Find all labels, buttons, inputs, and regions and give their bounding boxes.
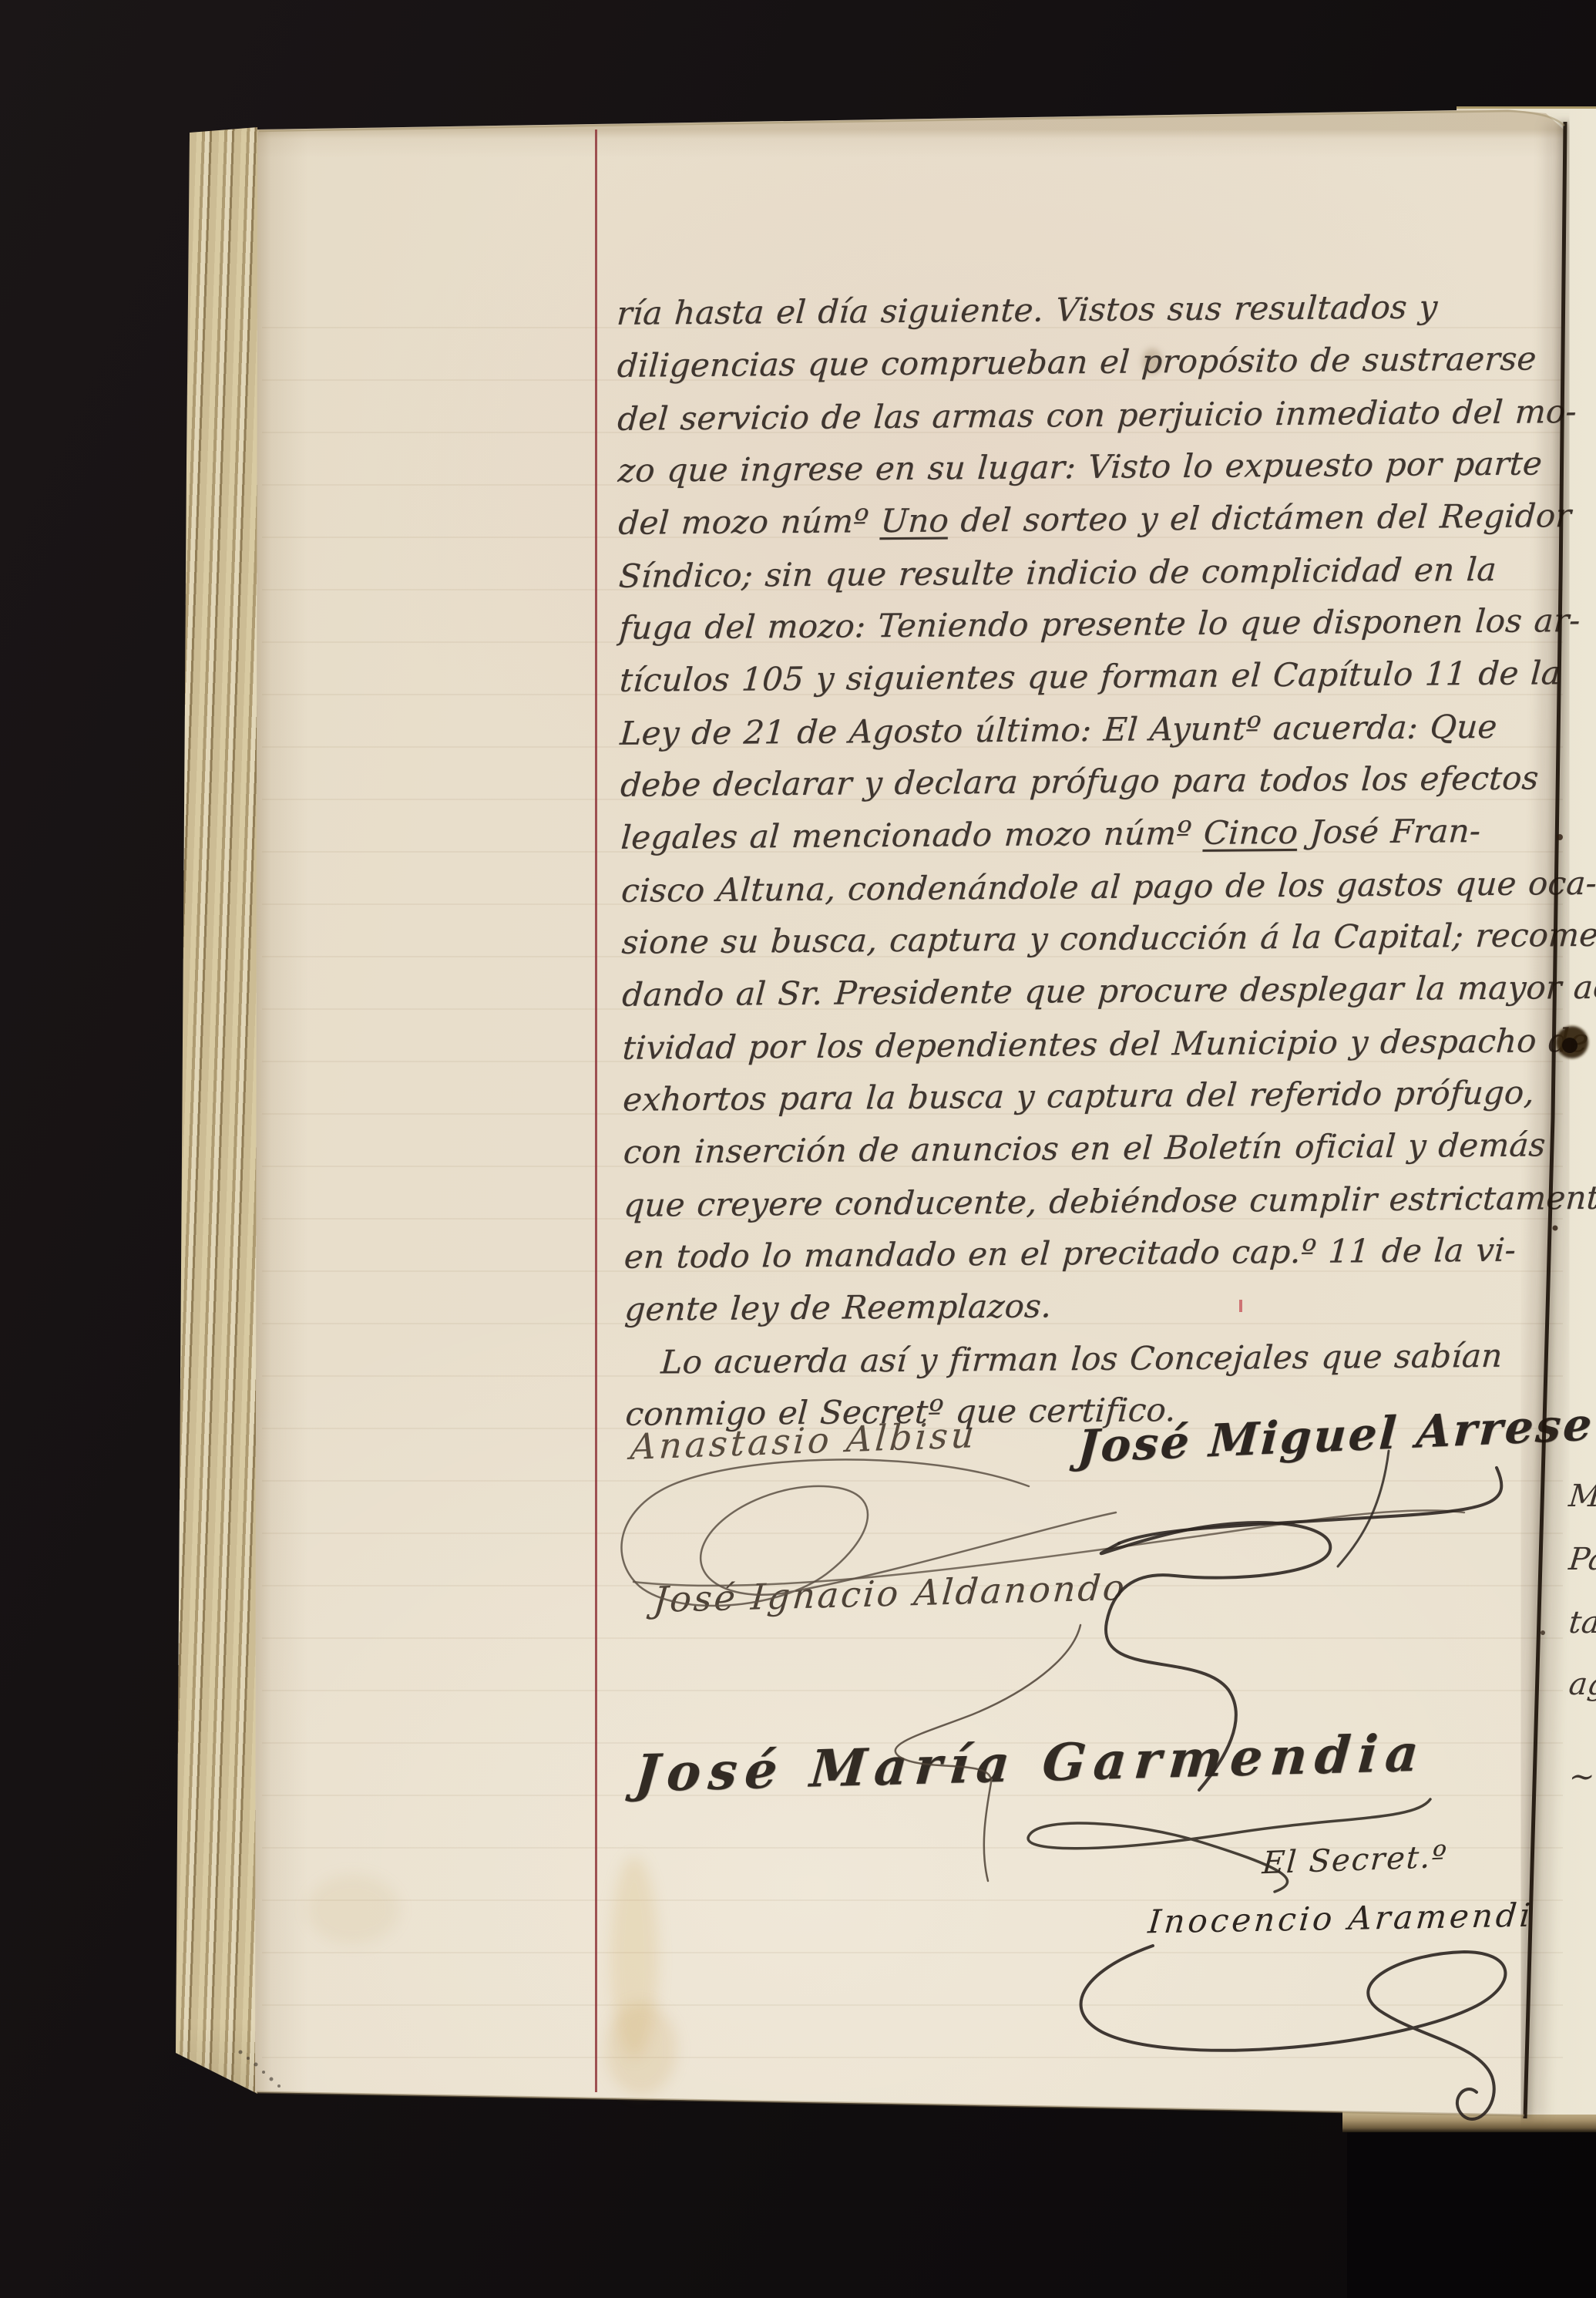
manuscript-line: en todo lo mandado en el precitado cap.º… (623, 1223, 1566, 1284)
manuscript-line: dando al Sr. Presidente que procure desp… (620, 961, 1564, 1021)
text-segment: Síndico; sin que resulte indicio de comp… (618, 550, 1498, 595)
manuscript-line: Lo acuerda así y firman los Concejales q… (623, 1329, 1567, 1389)
manuscript-line: cisco Altuna, condenándole al pago de lo… (620, 857, 1563, 917)
manuscript-line: zo que ingrese en su lugar: Visto lo exp… (617, 437, 1560, 497)
manuscript-line: ría hasta el día siguiente. Vistos sus r… (615, 280, 1558, 340)
manuscript-line: Ley de 21 de Agosto último: El Ayuntº ac… (619, 700, 1562, 760)
text-segment: del mozo númº (617, 502, 882, 542)
signature-inocencio-aramendi: Inocencio Aramendi (1147, 1896, 1535, 1941)
paper-stain (307, 1875, 399, 1944)
text-segment: cisco Altuna, condenándole al pago de lo… (620, 864, 1596, 910)
manuscript-line: tividad por los dependientes del Municip… (621, 1014, 1564, 1075)
manuscript-text: ría hasta el día siguiente. Vistos sus r… (617, 280, 1566, 1441)
text-segment: gente ley de Reemplazos. (623, 1287, 1053, 1327)
manuscript-line: que creyere conducente, debiéndose cumpl… (622, 1172, 1565, 1232)
text-segment: zo que ingrese en su lugar: Visto lo exp… (617, 444, 1544, 489)
manuscript-line: del servicio de las armas con perjuicio … (616, 385, 1559, 446)
manuscript-line: exhortos para la busca y captura del ref… (621, 1066, 1564, 1126)
text-segment: del servicio de las armas con perjuicio … (617, 392, 1578, 438)
manuscript-line: sione su busca, captura y conducción á l… (620, 909, 1564, 969)
secretary-title: El Secret.º (1261, 1839, 1449, 1882)
manuscript-line: legales al mencionado mozo númº Cinco Jo… (620, 804, 1563, 864)
text-segment: José Fran- (1297, 812, 1482, 851)
scanned-manuscript-photo: { "manuscript": { "lines": [ ["ría hasta… (0, 0, 1596, 2298)
manuscript-line: debe declarar y declara prófugo para tod… (619, 752, 1562, 812)
text-segment: legales al mencionado mozo númº (620, 814, 1205, 856)
backdrop-shadow-area (1347, 2115, 1596, 2298)
manuscript-line: Síndico; sin que resulte indicio de comp… (617, 543, 1561, 603)
red-margin-rule (595, 130, 597, 2092)
manuscript-line: gente ley de Reemplazos. (623, 1276, 1566, 1336)
underlined-word: Uno (879, 501, 949, 540)
manuscript-line: con inserción de anuncios en el Boletín … (622, 1119, 1565, 1179)
text-segment: que creyere conducente, debiéndose cumpl… (623, 1179, 1596, 1224)
text-segment: dando al Sr. Presidente que procure desp… (621, 968, 1596, 1014)
facing-page-fragment: ag (1567, 1667, 1596, 1702)
text-segment: debe declarar y declara prófugo para tod… (620, 759, 1540, 803)
text-segment: exhortos para la busca y captura del ref… (622, 1073, 1536, 1118)
text-segment: Lo acuerda así y firman los Concejales q… (624, 1337, 1504, 1381)
text-segment: diligencias que comprueban el propósito … (616, 339, 1537, 384)
paper-stain (606, 2003, 677, 2095)
text-segment: ría hasta el día siguiente. Vistos sus r… (616, 288, 1439, 331)
text-segment: fuga del mozo: Teniendo presente lo que … (618, 601, 1581, 647)
manuscript-line: fuga del mozo: Teniendo presente lo que … (618, 594, 1561, 654)
manuscript-line: tículos 105 y siguientes que forman el C… (618, 647, 1561, 707)
text-segment: Ley de 21 de Agosto último: El Ayuntº ac… (619, 708, 1498, 752)
facing-page-fragment: ta (1567, 1605, 1596, 1640)
facing-page-fragment: ~ (1567, 1759, 1596, 1795)
manuscript-line: diligencias que comprueban el propósito … (616, 332, 1559, 392)
underlined-word: Cinco (1202, 813, 1299, 852)
text-segment: con inserción de anuncios en el Boletín … (622, 1125, 1547, 1170)
text-segment: del sorteo y el dictámen del Regidor (948, 496, 1573, 539)
facing-page-fragment: Mo (1567, 1479, 1596, 1514)
text-segment: en todo lo mandado en el precitado cap.º… (623, 1231, 1517, 1276)
facing-page-fragment: Pa (1567, 1542, 1596, 1577)
text-segment: sione su busca, captura y conducción á l… (620, 915, 1596, 961)
manuscript-line: del mozo númº Uno del sorteo y el dictám… (617, 490, 1560, 550)
text-segment: tividad por los dependientes del Municip… (621, 1021, 1590, 1067)
text-segment: tículos 105 y siguientes que forman el C… (619, 654, 1562, 699)
